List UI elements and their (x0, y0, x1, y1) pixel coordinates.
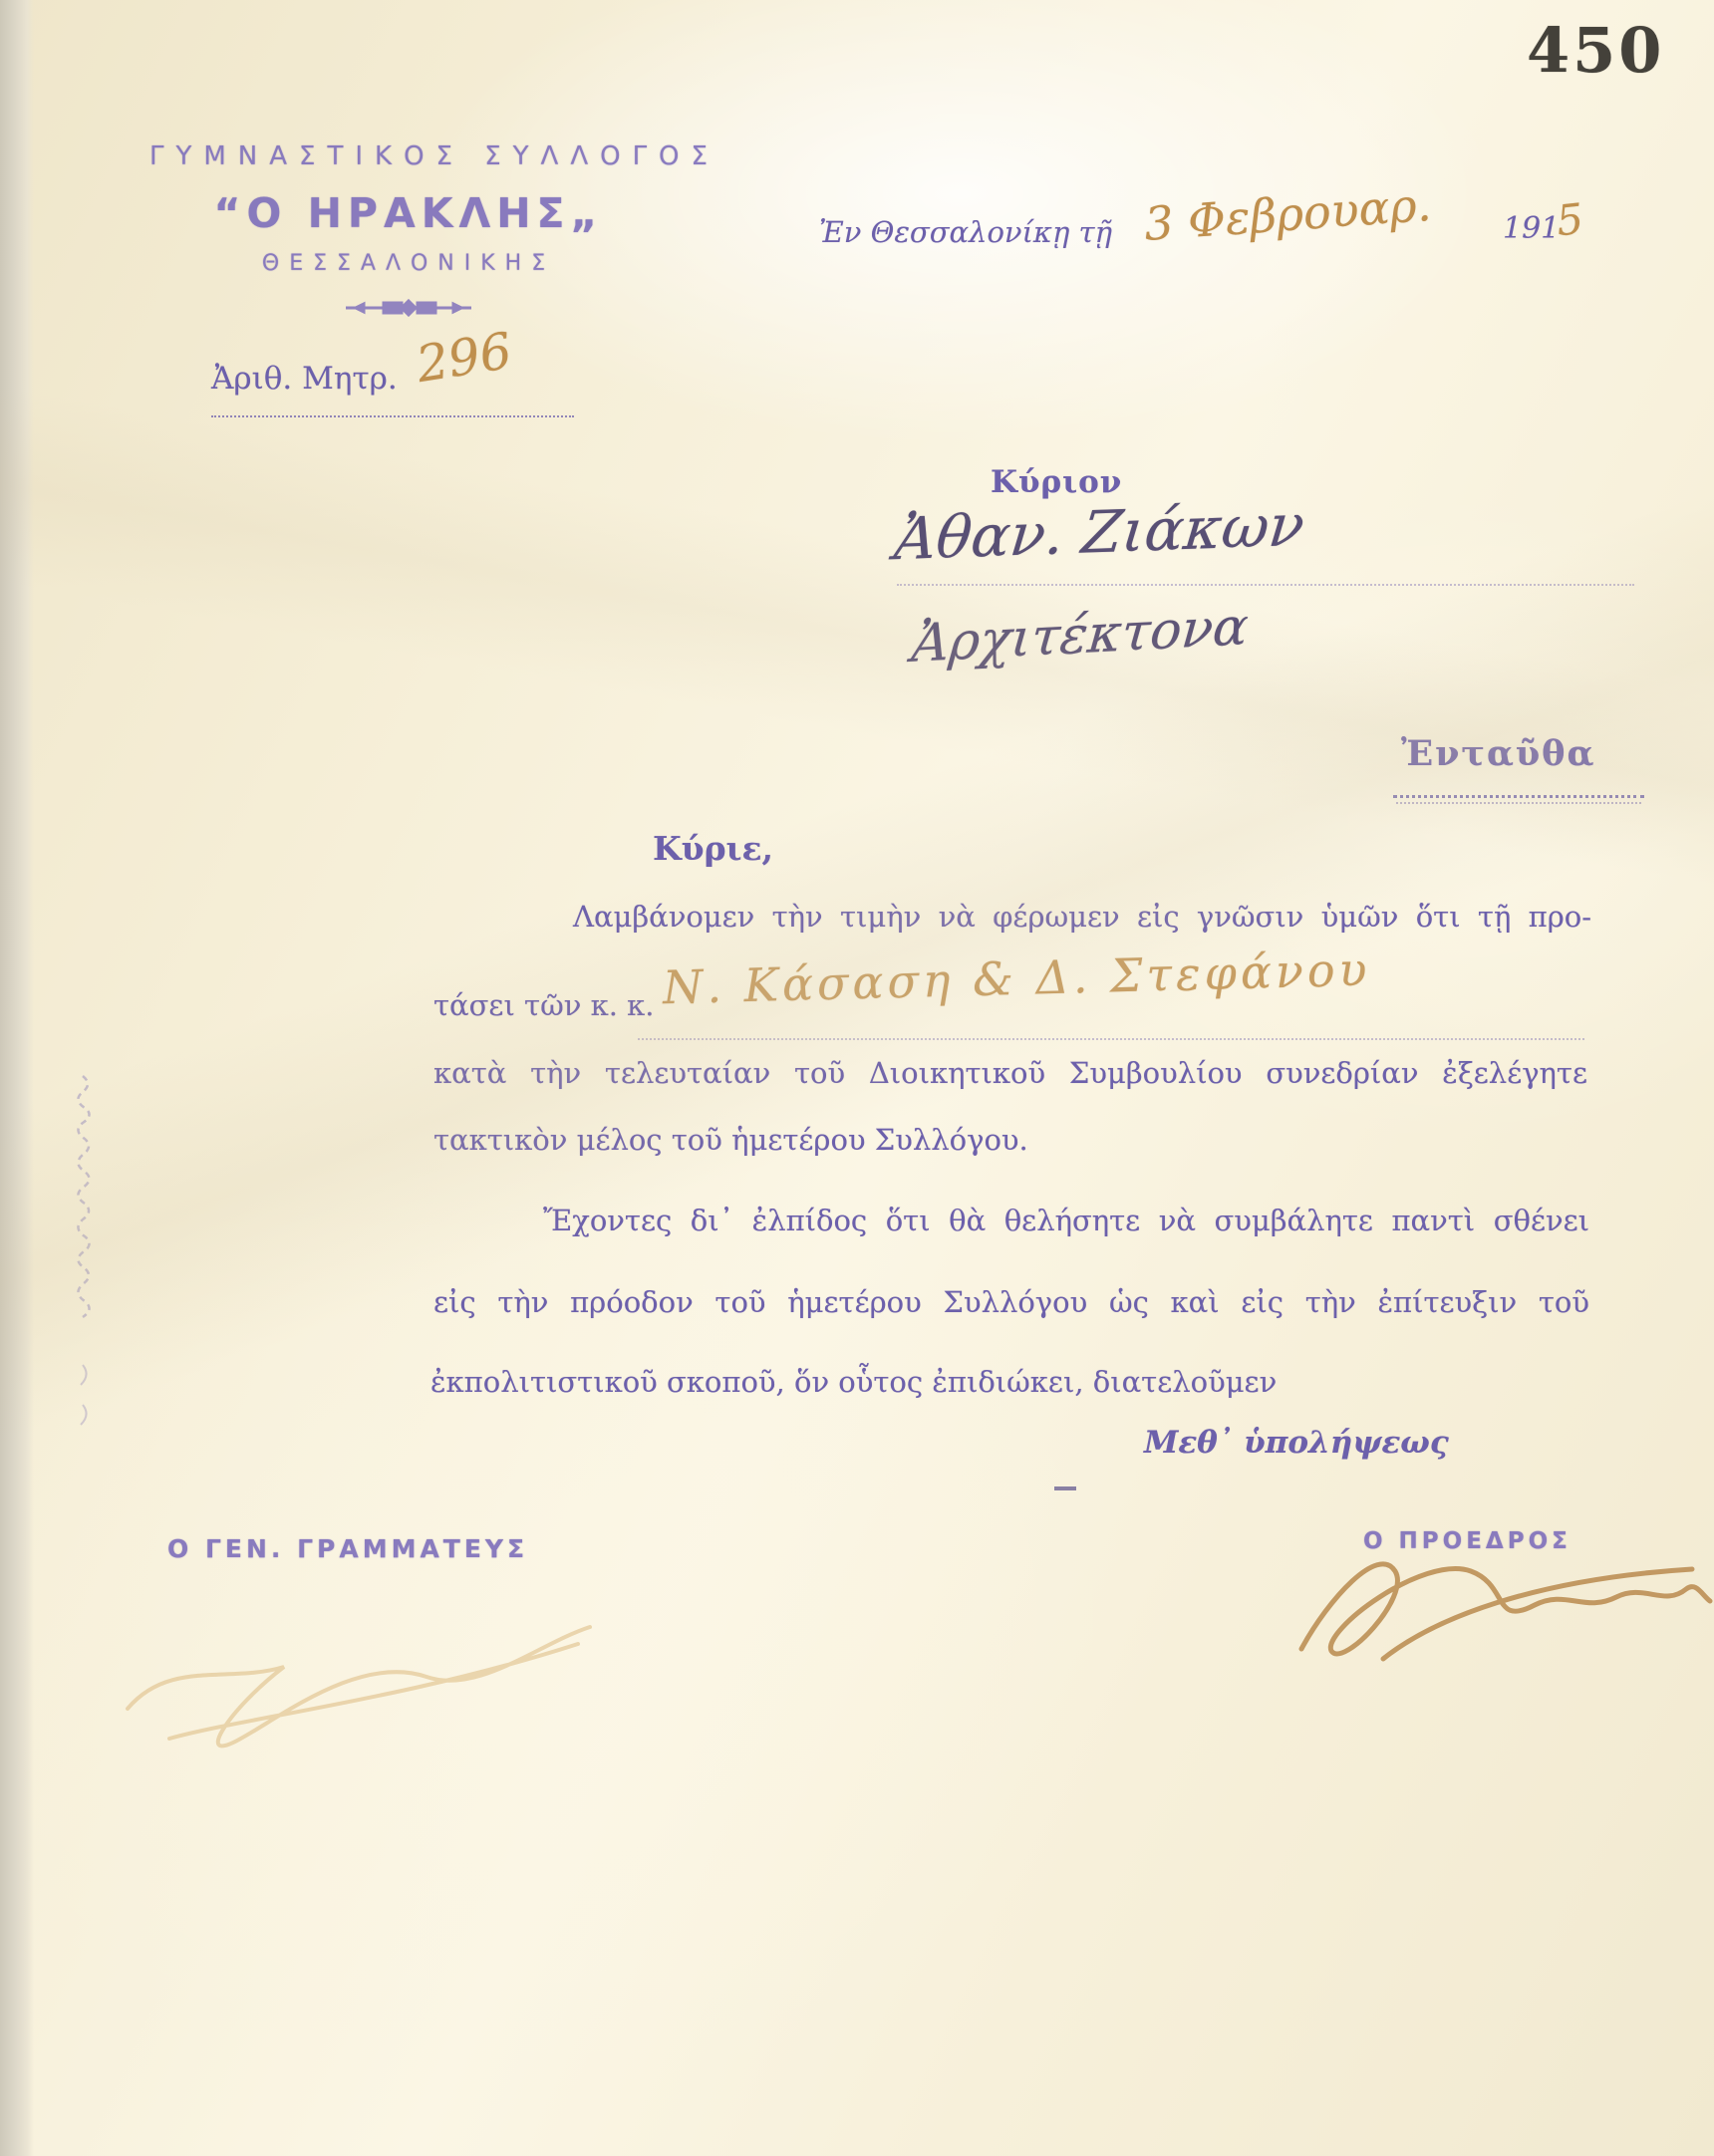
letterhead-city: ΘΕΣΣΑΛΟΝΙΚΗΣ (149, 251, 668, 276)
letterhead-ornament-icon (344, 299, 473, 317)
scanned-letter-page: 450 ΓΥΜΝΑΣΤΙΚΟΣ ΣΥΛΛΟΓΟΣ “Ο ΗΡΑΚΛΗΣ„ ΘΕΣ… (0, 0, 1714, 2156)
body-p1-line2-printed: τάσει τῶν κ. κ. (433, 988, 654, 1022)
letterhead-club-name: “Ο ΗΡΑΚΛΗΣ„ (149, 189, 668, 237)
recipient-name-handwritten: Ἀθαν. Ζιάκων (892, 491, 1308, 574)
body-p1-line3: κατὰ τὴν τελευταίαν τοῦ Διοικητικοῦ Συμβ… (433, 1056, 1587, 1090)
dateline-printed: Ἐν Θεσσαλονίκῃ τῇ (819, 215, 1112, 249)
page-number: 450 (1527, 14, 1664, 87)
registry-number-handwritten: 296 (413, 322, 515, 394)
secretary-label: Ο ΓΕΝ. ΓΡΑΜΜΑΤΕΥΣ (167, 1534, 528, 1563)
committee-names-rule (638, 1038, 1584, 1040)
body-p1-line4: τακτικὸν μέλος τοῦ ἡμετέρου Συλλόγου. (433, 1123, 1028, 1157)
body-closing: Μεθ᾽ ὑπολήψεως (1144, 1425, 1449, 1461)
dateline-day-month-handwritten: 3 Φεβρουαρ. (1142, 177, 1432, 251)
registry-underline (211, 415, 574, 417)
recipient-name-rule (897, 584, 1634, 586)
body-p2-line3: ἐκπολιτιστικοῦ σκοποῦ, ὅν οὗτος ἐπιδιώκε… (430, 1365, 1277, 1399)
margin-annotation-illegible (58, 1066, 108, 1445)
president-signature (1274, 1509, 1714, 1689)
recipient-location: Ἐνταῦθα (1401, 733, 1595, 774)
registry-label: Ἀριθ. Μητρ. (211, 361, 398, 397)
secretary-signature (110, 1589, 608, 1778)
closing-dash (1054, 1486, 1076, 1490)
body-p2-line1: Ἔχοντες δι᾽ ἐλπίδος ὅτι θὰ θελήσητε νὰ σ… (543, 1204, 1589, 1237)
body-greeting: Κύριε, (653, 829, 773, 868)
dateline-year-digit-handwritten: 5 (1555, 194, 1586, 246)
recipient-salutation: Κύριον (991, 464, 1122, 500)
recipient-location-underline (1393, 795, 1644, 798)
recipient-title-handwritten: Ἀρχιτέκτονα (910, 597, 1251, 674)
letterhead-club-type: ΓΥΜΝΑΣΤΙΚΟΣ ΣΥΛΛΟΓΟΣ (149, 141, 668, 171)
committee-names-handwritten: Ν. Κάσαση & Δ. Στεφάνου (662, 943, 1371, 1015)
body-p1-line1: Λαμβάνομεν τὴν τιμὴν νὰ φέρωμεν εἰς γνῶσ… (573, 900, 1591, 934)
body-p2-line2: εἰς τὴν πρόοδον τοῦ ἡμετέρου Συλλόγου ὡς… (433, 1285, 1589, 1319)
dateline-year-printed: 191 (1503, 211, 1560, 246)
recipient-location-underline-2 (1396, 802, 1641, 804)
